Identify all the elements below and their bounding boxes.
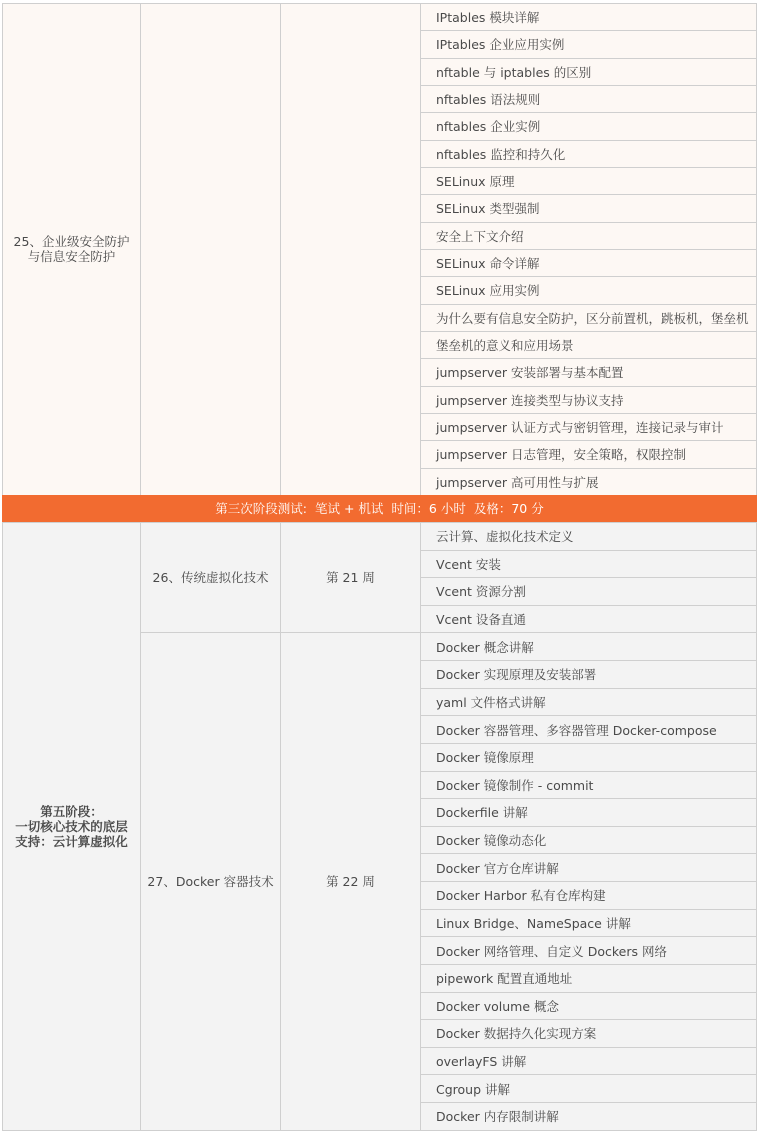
topic-item: Cgroup 讲解 xyxy=(421,1074,756,1102)
topic-item: nftable 与 iptables 的区别 xyxy=(421,58,756,85)
topic-item: 堡垒机的意义和应用场景 xyxy=(421,331,756,358)
topic-item: Vcent 设备直通 xyxy=(421,605,756,633)
topic-item: Docker Harbor 私有仓库构建 xyxy=(421,881,756,909)
topic-item: 安全上下文介绍 xyxy=(421,222,756,249)
module-27-topics: Docker 概念讲解 Docker 实现原理及安装部署 yaml 文件格式讲解… xyxy=(420,632,757,1129)
curriculum-table: 25、企业级安全防护 与信息安全防护 IPtables 模块详解 IPtable… xyxy=(2,3,757,1131)
exam-format: 笔试 + 机试 xyxy=(315,499,383,517)
topic-item: SELinux 应用实例 xyxy=(421,276,756,303)
topic-item: Docker 容器管理、多容器管理 Docker-compose xyxy=(421,715,756,743)
stage-cell: 第五阶段： 一切核心技术的底层 支持：云计算虚拟化 xyxy=(2,522,140,1130)
topic-item: SELinux 原理 xyxy=(421,167,756,194)
exam-banner: 第三次阶段测试: 笔试 + 机试 时间：6 小时 及格：70 分 xyxy=(2,495,757,522)
topic-item: IPtables 模块详解 xyxy=(421,3,756,30)
module-25-line1: 25、企业级安全防护 xyxy=(14,234,130,249)
module-26-topics: 云计算、虚拟化技术定义 Vcent 安装 Vcent 资源分割 Vcent 设备… xyxy=(420,522,757,633)
topic-item: Docker 概念讲解 xyxy=(421,632,756,660)
topic-item: SELinux 命令详解 xyxy=(421,249,756,276)
topic-item: Docker 实现原理及安装部署 xyxy=(421,660,756,688)
topic-item: nftables 企业实例 xyxy=(421,112,756,139)
exam-time: 时间：6 小时 xyxy=(391,499,465,517)
module-26-week: 第 21 周 xyxy=(280,522,420,633)
module-27-name: 27、Docker 容器技术 xyxy=(140,632,280,1129)
topic-item: pipework 配置直通地址 xyxy=(421,964,756,992)
topic-item: IPtables 企业应用实例 xyxy=(421,30,756,57)
stage-line2: 一切核心技术的底层 xyxy=(15,819,128,834)
topic-item: jumpserver 连接类型与协议支持 xyxy=(421,386,756,413)
topic-item: Docker 镜像动态化 xyxy=(421,826,756,854)
topic-item: Docker 官方仓库讲解 xyxy=(421,853,756,881)
topic-item: Vcent 资源分割 xyxy=(421,577,756,605)
topic-item: Docker volume 概念 xyxy=(421,992,756,1020)
module-26: 26、传统虚拟化技术 第 21 周 云计算、虚拟化技术定义 Vcent 安装 V… xyxy=(140,522,757,633)
topic-item: Linux Bridge、NameSpace 讲解 xyxy=(421,909,756,937)
lower-section: 第五阶段： 一切核心技术的底层 支持：云计算虚拟化 26、传统虚拟化技术 第 2… xyxy=(2,522,757,1131)
topic-item: Docker 镜像制作 - commit xyxy=(421,771,756,799)
module-27: 27、Docker 容器技术 第 22 周 Docker 概念讲解 Docker… xyxy=(140,632,757,1129)
topic-item: nftables 语法规则 xyxy=(421,85,756,112)
stage-line3: 支持：云计算虚拟化 xyxy=(15,834,128,849)
module-25-line2: 与信息安全防护 xyxy=(14,249,130,264)
module-cell-25: 25、企业级安全防护 与信息安全防护 xyxy=(2,3,140,495)
topic-item: jumpserver 安装部署与基本配置 xyxy=(421,358,756,385)
module-27-week: 第 22 周 xyxy=(280,632,420,1129)
topic-item: Docker 数据持久化实现方案 xyxy=(421,1019,756,1047)
topic-item: Docker 内存限制讲解 xyxy=(421,1102,756,1130)
topic-item: Dockerfile 讲解 xyxy=(421,798,756,826)
exam-label: 第三次阶段测试: xyxy=(215,499,307,517)
stage-line1: 第五阶段： xyxy=(15,804,128,819)
topic-item: nftables 监控和持久化 xyxy=(421,140,756,167)
topic-item: overlayFS 讲解 xyxy=(421,1047,756,1075)
topic-item: jumpserver 高可用性与扩展 xyxy=(421,468,756,495)
topic-item: yaml 文件格式讲解 xyxy=(421,688,756,716)
stage-modules: 26、传统虚拟化技术 第 21 周 云计算、虚拟化技术定义 Vcent 安装 V… xyxy=(140,522,757,1130)
exam-pass: 及格：70 分 xyxy=(474,499,544,517)
module-25-name-cell xyxy=(140,3,280,495)
topic-item: jumpserver 认证方式与密钥管理，连接记录与审计 xyxy=(421,413,756,440)
topic-item: jumpserver 日志管理，安全策略，权限控制 xyxy=(421,440,756,467)
module-25-topics: IPtables 模块详解 IPtables 企业应用实例 nftable 与 … xyxy=(420,3,757,495)
topic-item: 云计算、虚拟化技术定义 xyxy=(421,522,756,550)
topic-item: 为什么要有信息安全防护，区分前置机，跳板机，堡垒机 xyxy=(421,304,756,331)
upper-section: 25、企业级安全防护 与信息安全防护 IPtables 模块详解 IPtable… xyxy=(2,3,757,495)
topic-item: SELinux 类型强制 xyxy=(421,194,756,221)
topic-item: Vcent 安装 xyxy=(421,550,756,578)
topic-item: Docker 镜像原理 xyxy=(421,743,756,771)
module-26-name: 26、传统虚拟化技术 xyxy=(140,522,280,633)
topic-item: Docker 网络管理、自定义 Dockers 网络 xyxy=(421,936,756,964)
module-25-week-cell xyxy=(280,3,420,495)
